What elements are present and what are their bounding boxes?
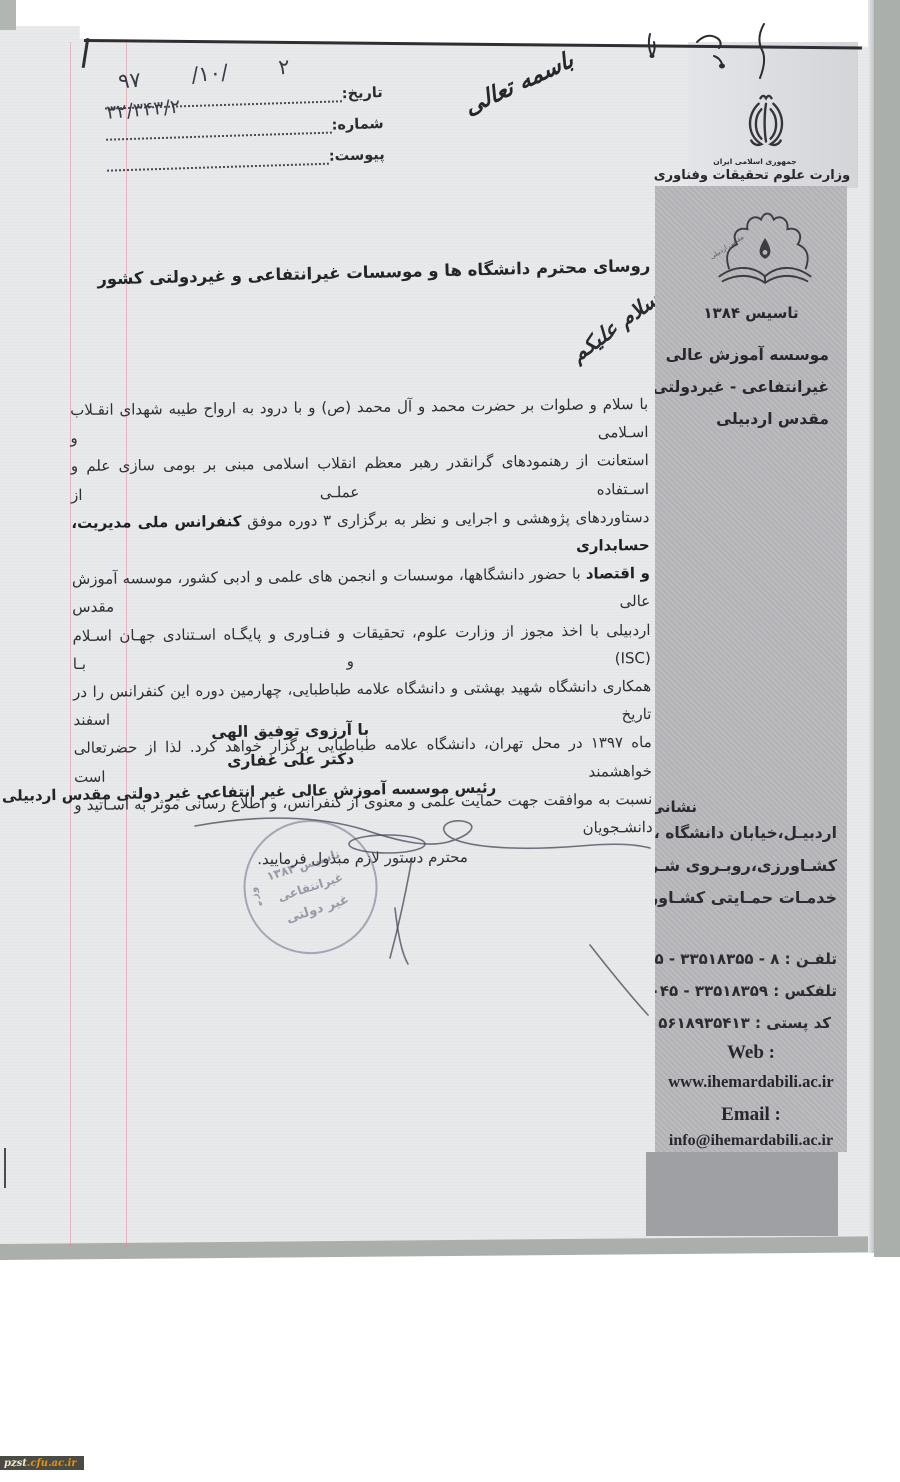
institute-name-line2: غیرانتفاعی - غیردولتی [655, 378, 829, 396]
iran-emblem-icon [733, 90, 799, 158]
body-line: دستاوردهای پژوهشی و اجرایی و نظر به برگز… [71, 503, 650, 565]
signer-name: دکتر علی غفاری [86, 747, 496, 772]
email-address: info@ihemardabili.ac.ir [655, 1132, 847, 1150]
watermark-badge: pzst.cfu.ac.ir [0, 1456, 84, 1470]
postal-code-line: کد پستی : ۵۶۱۸۹۳۵۴۱۳ [658, 1014, 831, 1032]
date-month: /۱۰/ [190, 60, 229, 87]
pen-scribble-marks [628, 20, 798, 84]
bismillah-calligraphy: باسمه تعالی [462, 47, 577, 121]
date-year: ۹۷ [117, 68, 142, 94]
address-line-2: کشـاورزی،روبـروی شـرکت [655, 856, 837, 875]
attachment-dotted-line [107, 150, 329, 172]
body-line: استعانت از رهنمودهای گرانقدر رهبر معظم ا… [71, 446, 650, 508]
address-line-3: خدمـات حمـایتی کشـاورزی [655, 888, 837, 907]
body-line: و اقتصاد با حضور دانشگاهها، موسسات و انج… [72, 559, 651, 621]
ministry-name: وزارت علوم تحقیقات وفناوری [652, 168, 852, 183]
fax-line: تلفکس : ۳۳۵۱۸۳۵۹ - ۰۴۵ [655, 982, 837, 1000]
body-line: با سلام و صلوات بر حضرت محمد و آل محمد (… [70, 390, 649, 452]
email-label: Email : [655, 1104, 847, 1126]
sidebar-dark-block [646, 1152, 838, 1236]
ministry-country-label: جمهوری اسلامی ایران [690, 157, 820, 166]
attachment-label: پیوست: [329, 147, 385, 165]
phone-line: تلفـن : ۸ - ۳۳۵۱۸۳۵۵ - ۰۴۵ [655, 950, 837, 968]
institute-logo-icon: مقدس اردبیلی [705, 200, 825, 308]
institute-name-line1: موسسه آموزش عالی [655, 346, 829, 364]
institute-name-line3: مقدس اردبیلی [655, 410, 829, 428]
address-label: نشانی: [655, 798, 697, 816]
address-line-1: اردبیـل،خیابان دانشگاه ، شهرک [655, 824, 837, 842]
watermark-prefix: pzst [4, 1458, 27, 1469]
date-day: ۲ [277, 55, 290, 80]
number-label: شماره: [331, 116, 384, 134]
letterhead-sidebar: مقدس اردبیلی تاسیس ۱۳۸۴ موسسه آموزش عالی… [655, 186, 847, 1152]
scanned-letter-page: تاریخ: شماره: پیوست: ۹۷ /۱۰/ ۲ ۳۲/۳۴۳/۲ … [0, 0, 900, 1482]
established-year: تاسیس ۱۳۸۴ [655, 304, 847, 322]
recipient-line: روسای محترم دانشگاه ها و موسسات غیرانتفا… [198, 256, 650, 286]
scan-content: تاریخ: شماره: پیوست: ۹۷ /۱۰/ ۲ ۳۲/۳۴۳/۲ … [0, 0, 900, 1482]
salutation-calligraphy: سلام علیکم [568, 286, 662, 367]
body-line: اردبیلی با اخذ مجوز از وزارت علوم، تحقیق… [72, 616, 651, 678]
web-label: Web : [655, 1042, 847, 1064]
web-url: www.ihemardabili.ac.ir [655, 1072, 847, 1092]
date-label: تاریخ: [342, 85, 383, 102]
watermark-suffix: .cfu.ac.ir [27, 1458, 77, 1469]
